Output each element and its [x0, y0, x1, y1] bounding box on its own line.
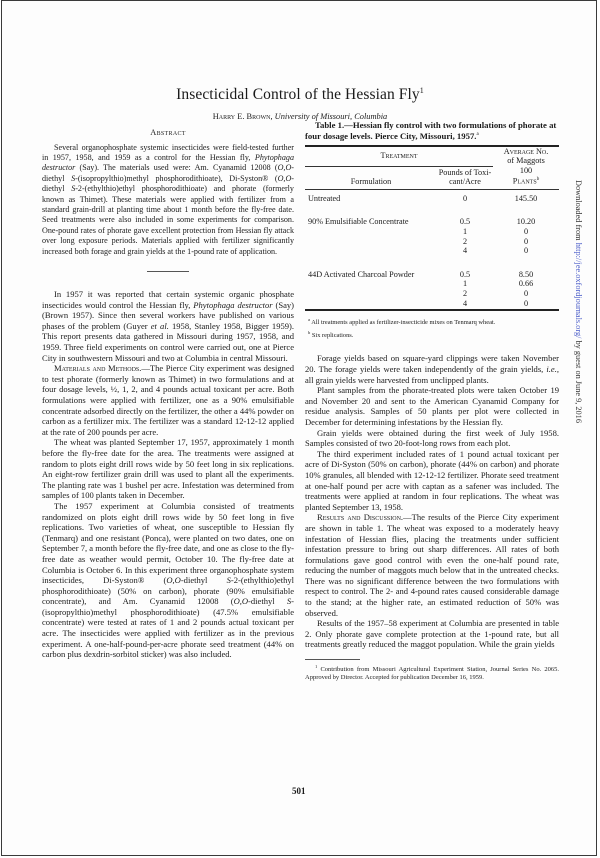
header-footnote-mark: b — [537, 177, 540, 182]
text-run: Forage yields based on square-yard clipp… — [305, 353, 559, 374]
journal-link[interactable]: http://jee.oxfordjournals.org/ — [574, 243, 583, 339]
watermark-prefix: Downloaded from — [574, 180, 583, 243]
right-column: Table 1.—Hessian fly control with two fo… — [305, 120, 559, 683]
table-row: Untreated 0 145.50 — [305, 193, 559, 205]
columbia-paragraph: The 1957 experiment at Columbia consiste… — [42, 501, 294, 660]
cell-average: 8.50 0.66 0 0 — [493, 269, 559, 310]
table-caption: Table 1.—Hessian fly control with two fo… — [305, 120, 559, 142]
cell-pounds: 0 — [437, 193, 493, 205]
page-footnote: 1 Contribution from Missouri Agricultura… — [305, 663, 559, 683]
header-line: 100 — [520, 166, 532, 175]
results-paragraph: Results and Discussion.—The results of t… — [305, 512, 559, 618]
cell-average: 145.50 — [493, 193, 559, 205]
chem-italic: O,O — [278, 174, 292, 183]
methods-heading: Materials and Methods. — [54, 363, 141, 373]
grain-paragraph: Grain yields were obtained during the fi… — [305, 428, 559, 449]
chem-italic: O,O — [166, 575, 180, 585]
caption-text: Table 1.—Hessian fly control with two fo… — [305, 120, 556, 141]
footnote-text: Contribution from Missouri Agricultural … — [305, 666, 559, 681]
abstract: Abstract Several organophosphate systemi… — [42, 128, 294, 257]
methods-paragraph: Materials and Methods.—The Pierce City e… — [42, 363, 294, 437]
text-run: —The results of the Pierce City experime… — [305, 512, 559, 617]
left-column: Abstract Several organophosphate systemi… — [42, 128, 294, 660]
footnote-text: Six replications. — [312, 332, 354, 339]
chem-italic: O,O — [234, 596, 248, 606]
cell-pounds: 0.5 1 2 4 — [437, 216, 493, 256]
footnote-mark: 1 — [315, 664, 317, 669]
title-text: Insecticidal Control of the Hessian Fly — [176, 86, 420, 103]
header-line: Plants — [513, 177, 537, 186]
text-run: -(isopropylthio)methyl phosphorodithioat… — [75, 174, 277, 183]
columbia-results-paragraph: Results of the 1957–58 experiment at Col… — [305, 618, 559, 650]
section-divider — [147, 271, 189, 272]
header-formulation: Formulation — [305, 167, 437, 189]
ie-italic: i.e. — [546, 364, 556, 374]
footnote-divider — [305, 659, 360, 660]
download-watermark: Downloaded from http://jee.oxfordjournal… — [576, 180, 590, 660]
right-body: Forage yields based on square-yard clipp… — [305, 353, 559, 682]
header-line: of Maggots — [507, 156, 545, 165]
abstract-text: Several organophosphate systemic insecti… — [42, 143, 294, 257]
cell-formulation: Untreated — [305, 193, 437, 205]
page-number: 501 — [292, 786, 306, 796]
footnote-text: All treatments applied as fertilizer-ins… — [311, 319, 495, 326]
header-pounds: Pounds of Toxi-cant/Acre — [437, 167, 493, 189]
cell-pounds: 0.5 1 2 4 — [437, 269, 493, 310]
header-line: Average No. — [504, 147, 549, 156]
paper-title: Insecticidal Control of the Hessian Fly1 — [0, 86, 600, 104]
table-footnote-a: a All treatments applied as fertilizer-i… — [305, 315, 559, 328]
chem-italic: O,O — [278, 163, 292, 172]
samples-paragraph: Plant samples from the phorate-treated p… — [305, 385, 559, 427]
cell-formulation: 44D Activated Charcoal Powder — [305, 269, 437, 310]
table-row: 90% Emulsifiable Concentrate 0.5 1 2 4 1… — [305, 216, 559, 256]
table-row: 44D Activated Charcoal Powder 0.5 1 2 4 … — [305, 269, 559, 310]
intro-paragraph: In 1957 it was reported that certain sys… — [42, 289, 294, 363]
title-footnote-mark: 1 — [420, 86, 424, 95]
et-al: et al. — [151, 321, 169, 331]
watermark-suffix: by guest on June 9, 2016 — [574, 338, 583, 423]
text-run: -diethyl — [248, 596, 287, 606]
text-run: -diethyl — [181, 575, 227, 585]
header-treatment: Treatment — [305, 147, 493, 167]
species-name: Phytophaga destructor — [193, 300, 272, 310]
abstract-heading: Abstract — [42, 128, 294, 139]
table-footnote-b: b Six replications. — [305, 328, 559, 341]
forage-paragraph: Forage yields based on square-yard clipp… — [305, 353, 559, 385]
planting-paragraph: The wheat was planted September 17, 1957… — [42, 437, 294, 501]
text-run: —The Pierce City experiment was designed… — [42, 363, 294, 437]
cell-formulation: 90% Emulsifiable Concentrate — [305, 216, 437, 256]
results-heading: Results and Discussion. — [317, 512, 403, 522]
author-name: Harry E. Brown — [213, 112, 271, 121]
third-experiment-paragraph: The third experiment included rates of 1… — [305, 449, 559, 513]
watermark-text: Downloaded from http://jee.oxfordjournal… — [574, 180, 583, 423]
text-run: -2-(ethylthio)ethyl phosphorodithioate) … — [42, 184, 294, 255]
header-average-maggots: Average No. of Maggots 100 Plantsb — [493, 147, 559, 190]
cell-average: 10.20 0 0 0 — [493, 216, 559, 256]
caption-footnote-mark: a — [476, 132, 478, 137]
table-hessian-fly-control: Treatment Average No. of Maggots 100 Pla… — [305, 145, 559, 342]
text-run: The 1957 experiment at Columbia consiste… — [42, 501, 294, 585]
text-run: (Say). The materials used were: Am. Cyan… — [75, 163, 277, 172]
